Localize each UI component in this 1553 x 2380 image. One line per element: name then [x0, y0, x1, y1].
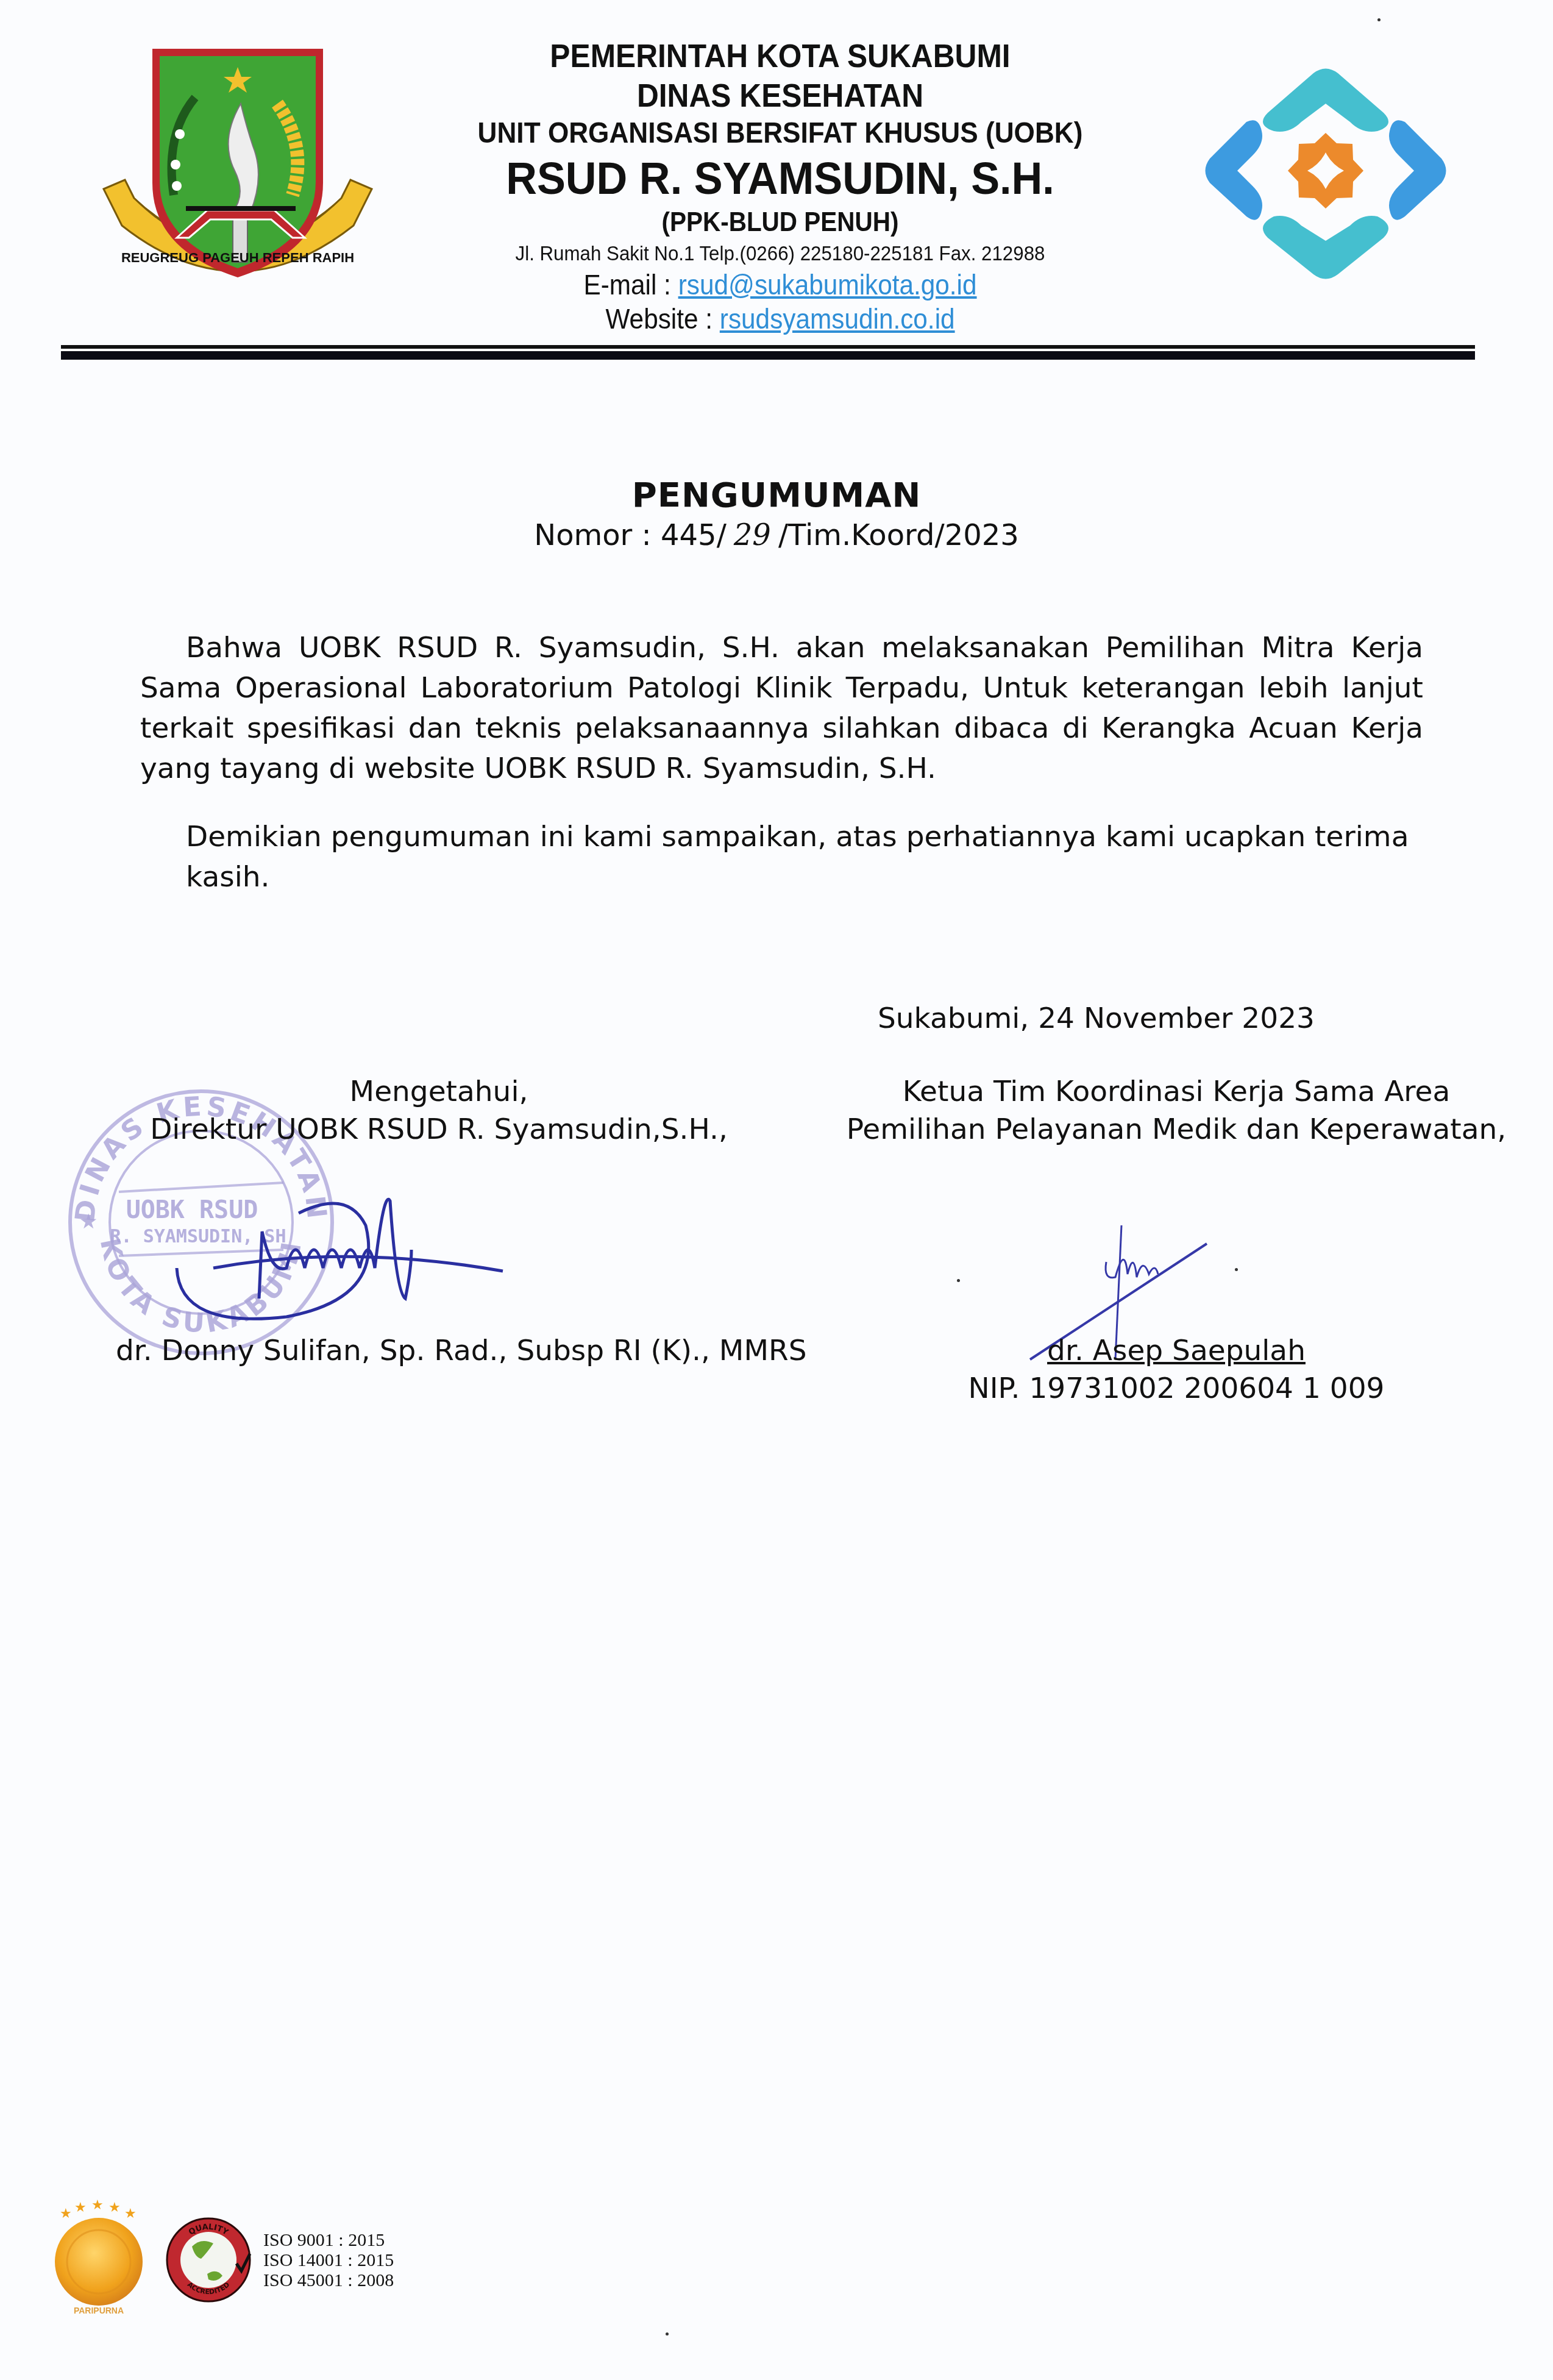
announcement-body: Bahwa UOBK RSUD R. Syamsudin, S.H. akan … — [140, 628, 1423, 789]
scan-speck — [666, 2332, 669, 2335]
right-signatory-name: dr. Asep Saepulah — [1047, 1334, 1306, 1367]
right-position-line1: Ketua Tim Koordinasi Kerja Sama Area — [841, 1073, 1512, 1111]
website-label: Website : — [605, 303, 713, 335]
svg-text:★: ★ — [79, 1210, 98, 1234]
iso-certification: ISO 14001 : 2015 — [263, 2250, 394, 2270]
svg-text:★: ★ — [74, 2200, 87, 2215]
right-position-line2: Pemilihan Pelayanan Medik dan Keperawata… — [841, 1111, 1512, 1149]
scan-speck — [1377, 18, 1381, 21]
left-signatory-header: Mengetahui, Direktur UOBK RSUD R. Syamsu… — [61, 1073, 817, 1149]
announcement-closing: Demikian pengumuman ini kami sampaikan, … — [186, 817, 1466, 897]
letterhead-divider-thick — [61, 351, 1475, 360]
right-signatory-header: Ketua Tim Koordinasi Kerja Sama Area Pem… — [841, 1073, 1512, 1149]
left-signatory-name: dr. Donny Sulifan, Sp. Rad., Subsp RI (K… — [116, 1332, 806, 1370]
hospital-logo — [1195, 34, 1457, 290]
hospital-flower-logo-icon — [1195, 34, 1457, 290]
hospital-status: (PPK-BLUD PENUH) — [455, 205, 1105, 240]
gold-medal-icon: ★ ★ ★ ★ ★ PARIPURNA — [43, 2195, 155, 2317]
iso-certification: ISO 45001 : 2008 — [263, 2270, 394, 2290]
svg-text:★: ★ — [91, 2198, 104, 2213]
city-crest-logo: REUGREUG PAGEUH REPEH RAPIH — [98, 43, 378, 299]
quality-globe-icon: QUALITY ACCREDITED — [165, 2216, 253, 2304]
email-link[interactable]: rsud@sukabumikota.go.id — [678, 269, 977, 301]
svg-text:REUGREUG PAGEUH REPEH RAPIH: REUGREUG PAGEUH REPEH RAPIH — [121, 250, 354, 265]
hospital-name: RSUD R. SYAMSUDIN, S.H. — [444, 152, 1116, 205]
website-link[interactable]: rsudsyamsudin.co.id — [720, 303, 955, 335]
letterhead-divider-thin — [61, 345, 1475, 349]
unit-name: UNIT ORGANISASI BERSIFAT KHUSUS (UOBK) — [455, 115, 1105, 152]
email-line: E-mail : rsud@sukabumikota.go.id — [455, 268, 1105, 302]
svg-text:★: ★ — [60, 2206, 72, 2221]
number-suffix: /Tim.Koord/2023 — [778, 518, 1019, 552]
quality-accredited-badge: QUALITY ACCREDITED — [165, 2216, 253, 2304]
announcement-number: Nomor : 445/29/Tim.Koord/2023 — [0, 518, 1553, 552]
letterhead-text: PEMERINTAH KOTA SUKABUMI DINAS KESEHATAN… — [427, 34, 1134, 336]
number-prefix: Nomor : 445/ — [534, 518, 727, 552]
department-name: DINAS KESEHATAN — [455, 76, 1105, 115]
right-signatory-block: dr. Asep Saepulah NIP. 19731002 200604 1… — [841, 1332, 1512, 1408]
email-label: E-mail : — [583, 269, 670, 301]
hospital-address: Jl. Rumah Sakit No.1 Telp.(0266) 225180-… — [455, 240, 1105, 268]
svg-text:★: ★ — [108, 2200, 121, 2215]
signature-scribble-icon — [165, 1177, 518, 1335]
right-signatory-nip: NIP. 19731002 200604 1 009 — [841, 1370, 1512, 1408]
acknowledge-label: Mengetahui, — [61, 1073, 817, 1111]
svg-text:PARIPURNA: PARIPURNA — [74, 2306, 124, 2315]
government-name: PEMERINTAH KOTA SUKABUMI — [455, 36, 1105, 76]
scan-speck — [957, 1279, 960, 1282]
iso-certification: ISO 9001 : 2015 — [263, 2230, 394, 2250]
iso-certifications: ISO 9001 : 2015 ISO 14001 : 2015 ISO 450… — [263, 2230, 394, 2290]
number-handwritten: 29 — [727, 518, 778, 552]
announcement-title: PENGUMUMAN — [0, 476, 1553, 515]
place-date: Sukabumi, 24 November 2023 — [878, 1000, 1315, 1038]
paripurna-accreditation-badge: ★ ★ ★ ★ ★ PARIPURNA — [43, 2195, 155, 2317]
svg-text:★: ★ — [124, 2206, 137, 2221]
left-position: Direktur UOBK RSUD R. Syamsudin,S.H., — [61, 1111, 817, 1149]
crest-icon: REUGREUG PAGEUH REPEH RAPIH — [98, 43, 378, 299]
website-line: Website : rsudsyamsudin.co.id — [455, 302, 1105, 336]
director-signature — [165, 1177, 518, 1335]
scan-speck — [1235, 1268, 1238, 1271]
